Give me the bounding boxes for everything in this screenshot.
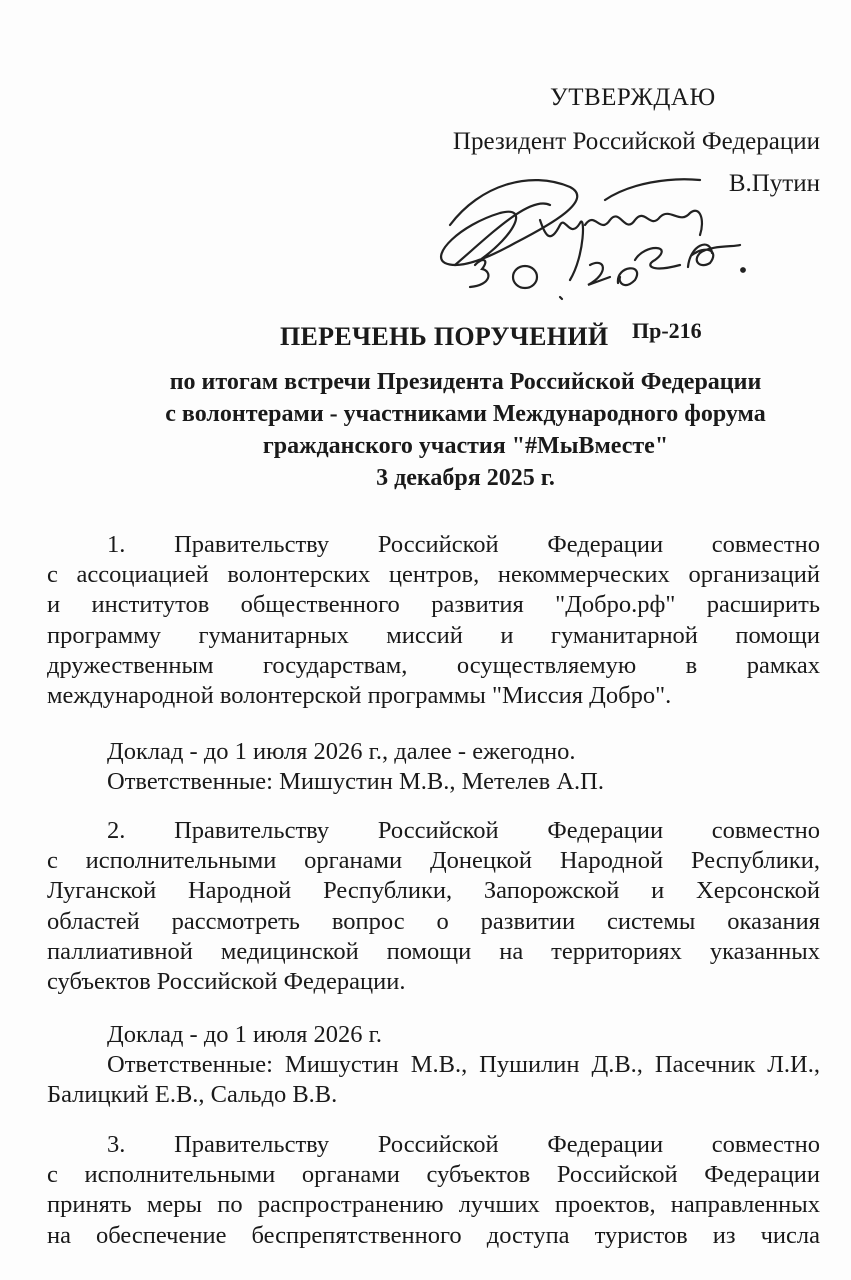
subtitle-line: гражданского участия "#МыВместе" [0, 430, 851, 462]
approval-position: Президент Российской Федерации [453, 128, 820, 156]
subtitle-line: по итогам встречи Президента Российской … [0, 366, 851, 398]
item-text-line: областей рассмотреть вопрос о развитии с… [47, 907, 820, 937]
responsible-persons: Ответственные: Мишустин М.В., Пушилин Д.… [47, 1050, 820, 1080]
document-subtitle: по итогам встречи Президента Российской … [0, 366, 851, 494]
subtitle-line: с волонтерами - участниками Международно… [0, 398, 851, 430]
item-1-meta: Доклад - до 1 июля 2026 г., далее - ежег… [47, 737, 820, 797]
item-text-line: на обеспечение беспрепятственного доступ… [47, 1221, 820, 1251]
document-number: Пр-216 [632, 318, 702, 344]
item-text-line: программу гуманитарных миссий и гуманита… [47, 621, 820, 651]
document-title: ПЕРЕЧЕНЬ ПОРУЧЕНИЙ [280, 322, 608, 352]
item-text-line: паллиативной медицинской помощи на терри… [47, 937, 820, 967]
responsible-persons: Ответственные: Мишустин М.В., Метелев А.… [47, 767, 820, 797]
subtitle-date: 3 декабря 2025 г. [0, 462, 851, 494]
item-text-line: с исполнительными органами субъектов Рос… [47, 1160, 820, 1190]
item-text-line: Луганской Народной Республики, Запорожск… [47, 876, 820, 906]
item-text-line: принять меры по распространению лучших п… [47, 1190, 820, 1220]
item-text-line: с исполнительными органами Донецкой Наро… [47, 846, 820, 876]
item-text-line: субъектов Российской Федерации. [47, 967, 820, 997]
item-text-line: дружественным государствам, осуществляем… [47, 651, 820, 681]
item-2-meta: Доклад - до 1 июля 2026 г. Ответственные… [47, 1020, 820, 1111]
report-deadline: Доклад - до 1 июля 2026 г., далее - ежег… [47, 737, 820, 767]
item-text-line: международной волонтерской программы "Ми… [47, 681, 820, 711]
item-text-line: 2. Правительству Российской Федерации со… [47, 816, 820, 846]
handwritten-signature-icon [420, 165, 840, 305]
item-2: 2. Правительству Российской Федерации со… [47, 816, 820, 997]
item-1: 1. Правительству Российской Федерации со… [47, 530, 820, 711]
item-text-line: 3. Правительству Российской Федерации со… [47, 1130, 820, 1160]
document-page: УТВЕРЖДАЮ Президент Российской Федерации… [0, 0, 851, 1280]
item-text-line: 1. Правительству Российской Федерации со… [47, 530, 820, 560]
item-text-line: с ассоциацией волонтерских центров, неко… [47, 560, 820, 590]
responsible-persons: Балицкий Е.В., Сальдо В.В. [47, 1080, 820, 1110]
report-deadline: Доклад - до 1 июля 2026 г. [47, 1020, 820, 1050]
approval-title: УТВЕРЖДАЮ [550, 84, 716, 112]
item-3: 3. Правительству Российской Федерации со… [47, 1130, 820, 1251]
item-text-line: и институтов общественного развития "Доб… [47, 590, 820, 620]
